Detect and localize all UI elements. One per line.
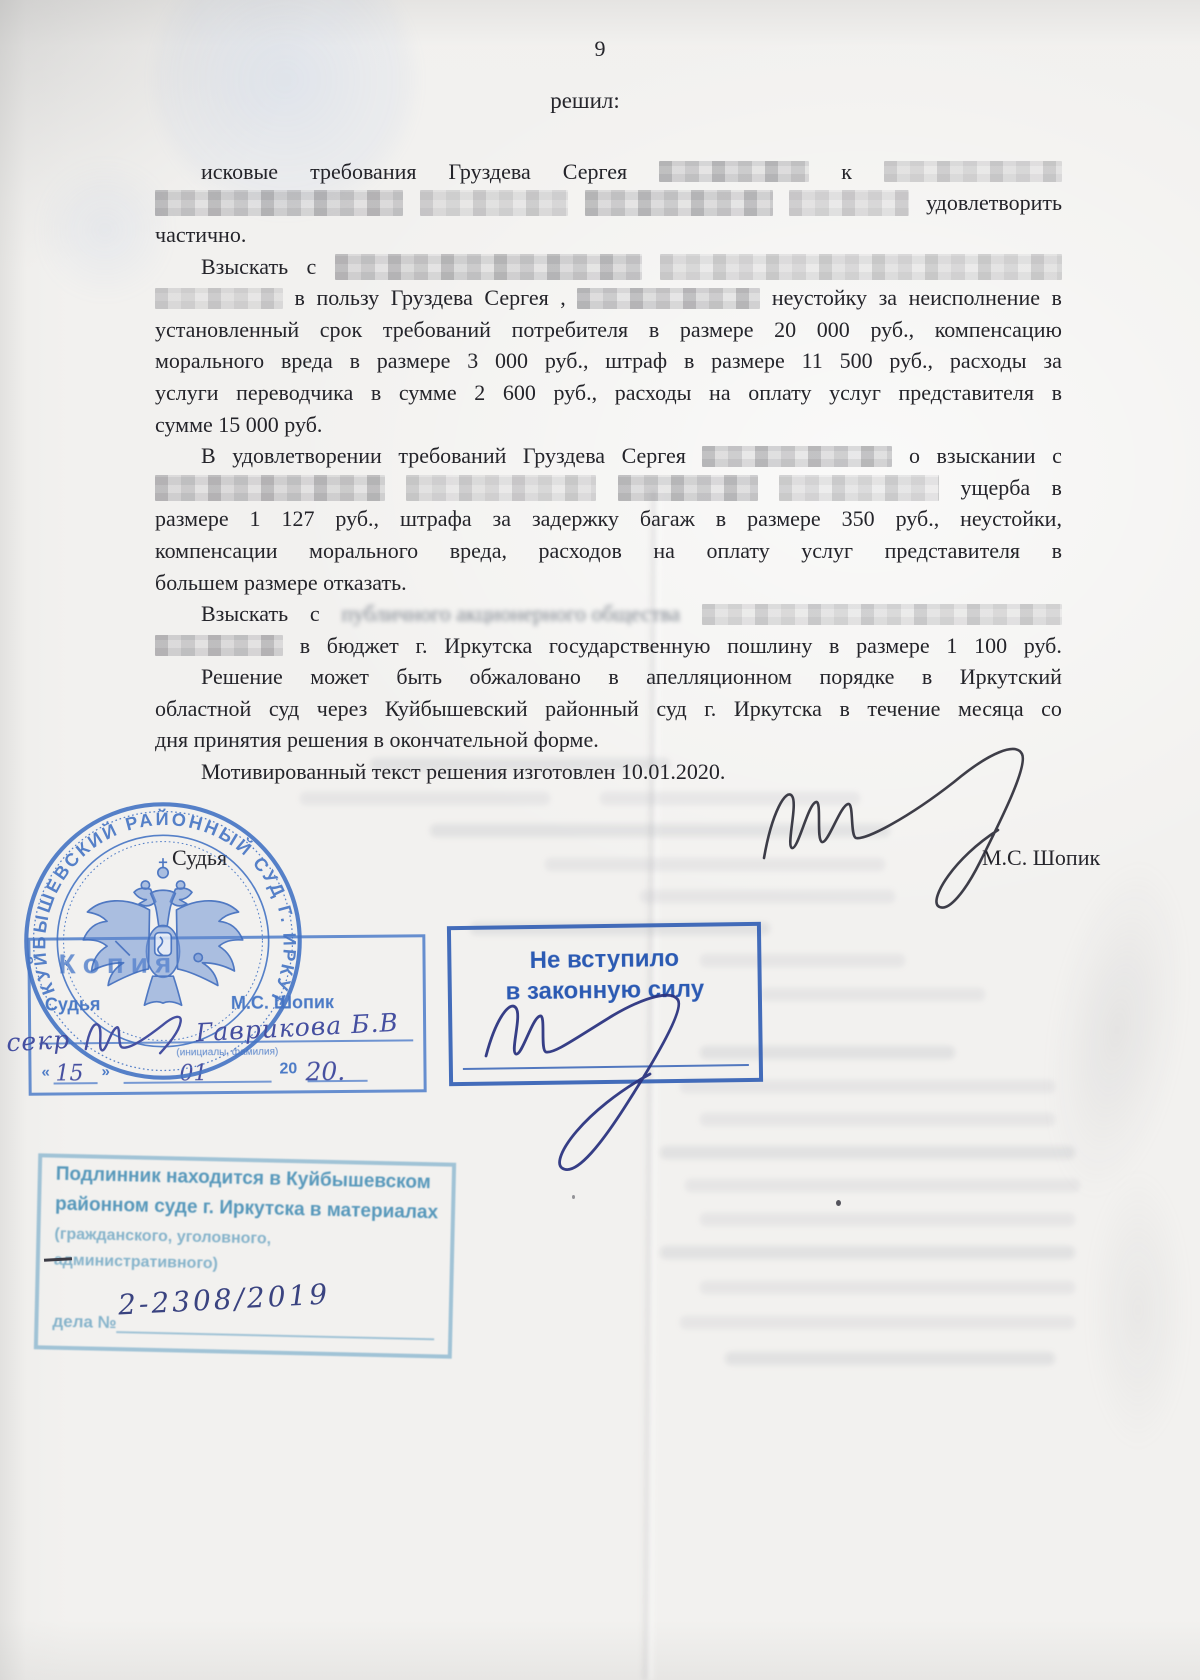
decision-heading: решил: <box>0 88 1170 114</box>
text-fragment: в <box>829 633 839 659</box>
text-fragment: размере <box>680 317 754 343</box>
text-fragment: оплату <box>748 380 811 406</box>
text-fragment: руб., <box>553 380 597 406</box>
bleedthrough-line <box>725 1352 1055 1365</box>
text-fragment: суд <box>656 696 686 722</box>
text-fragment: 000 <box>495 348 528 374</box>
text-fragment: в <box>608 664 618 690</box>
text-fragment: дня принятия решения в окончательной фор… <box>155 727 599 753</box>
original-location-stamp: Подлинник находится в Куйбышевском район… <box>34 1153 456 1358</box>
text-fragment: переводчика <box>236 380 353 406</box>
redacted-text <box>406 475 596 501</box>
text-fragment: с <box>306 254 316 280</box>
text-fragment: 350 <box>842 506 875 532</box>
text-fragment: в <box>684 348 694 374</box>
text-fragment: в <box>1052 475 1062 501</box>
text-fragment: на <box>653 538 675 564</box>
bleedthrough-line <box>300 792 550 805</box>
text-fragment: багаж <box>640 506 695 532</box>
text-line: сумме 15 000 руб. <box>155 409 1062 441</box>
text-fragment: 127 <box>281 506 314 532</box>
text-fragment: 1 <box>946 633 957 659</box>
text-fragment: сумме 15 000 руб. <box>155 412 322 438</box>
ink-fleck <box>836 1200 841 1206</box>
text-fragment: руб., <box>870 317 914 343</box>
text-fragment: Сергея <box>484 285 548 311</box>
text-fragment: к <box>841 159 852 185</box>
redacted-text <box>585 190 773 216</box>
text-fragment: размере <box>711 348 785 374</box>
text-line: вбюджетг.Иркутскагосударственнуюпошлинув… <box>155 630 1062 662</box>
text-fragment: требований <box>398 443 506 469</box>
bleedthrough-line <box>660 1246 1075 1259</box>
text-fragment: морального <box>155 348 264 374</box>
text-fragment: Взыскать <box>201 601 288 627</box>
redacted-text <box>884 161 1062 182</box>
text-fragment: удовлетворении <box>232 443 382 469</box>
text-fragment: 20 <box>774 317 796 343</box>
text-fragment: течение <box>867 696 940 722</box>
text-fragment: бюджет <box>327 633 399 659</box>
text-line: услугипереводчикавсумме2600руб.,расходын… <box>155 377 1062 409</box>
handwritten-year: 20. <box>305 1057 345 1086</box>
text-fragment: в <box>839 696 849 722</box>
text-fragment: на <box>709 380 731 406</box>
redacted-text <box>779 475 939 501</box>
text-line: Взыскатьспубличного акционерного обществ… <box>155 598 1062 630</box>
text-fragment: 1 <box>250 506 261 532</box>
text-fragment: удовлетворить <box>926 190 1062 216</box>
bleedthrough-line <box>700 1113 1055 1126</box>
text-fragment: за <box>493 506 511 532</box>
text-fragment: размере <box>377 348 451 374</box>
text-fragment: расходы <box>615 380 692 406</box>
text-fragment: неустойки, <box>960 506 1062 532</box>
secretary-name: Гаврикова Б.В <box>195 1008 399 1048</box>
text-fragment: размере <box>747 506 821 532</box>
redacted-text <box>155 635 283 656</box>
text-fragment: 000 <box>817 317 850 343</box>
text-fragment: в <box>1052 538 1062 564</box>
text-fragment: г. <box>704 696 716 722</box>
text-fragment: 600 <box>503 380 536 406</box>
text-fragment: услуги <box>155 380 219 406</box>
redacted-text <box>335 254 642 280</box>
text-fragment: 100 <box>974 633 1007 659</box>
redacted-text <box>577 288 760 309</box>
text-fragment: частично. <box>155 222 246 248</box>
text-fragment: 2 <box>474 380 485 406</box>
text-fragment: услуг <box>801 538 853 564</box>
text-fragment: в <box>649 317 659 343</box>
text-line: областнойсудчерезКуйбышевскийрайонныйсуд… <box>155 693 1062 725</box>
text-fragment: за <box>879 285 897 311</box>
text-line: ВудовлетворениитребованийГруздеваСергеяо… <box>155 440 1062 472</box>
text-fragment: в <box>371 380 381 406</box>
text-fragment: руб., <box>896 506 940 532</box>
text-fragment: руб., <box>889 348 933 374</box>
text-fragment: вреда <box>281 348 333 374</box>
text-fragment: большем размере отказать. <box>155 570 407 596</box>
redacted-text <box>618 475 758 501</box>
text-fragment: может <box>310 664 369 690</box>
redacted-text <box>702 446 892 467</box>
text-fragment: представителя <box>898 380 1034 406</box>
text-fragment: морального <box>309 538 418 564</box>
text-fragment: пошлину <box>727 633 812 659</box>
text-fragment: услуг <box>829 380 881 406</box>
text-line: установленныйсроктребованийпотребителявр… <box>155 314 1062 346</box>
text-fragment: 500 <box>840 348 873 374</box>
text-fragment: исковые <box>201 159 278 185</box>
text-fragment: размере <box>856 633 930 659</box>
text-fragment: в <box>1052 285 1062 311</box>
text-fragment: расходов <box>539 538 622 564</box>
text-fragment: Иркутска <box>444 633 532 659</box>
text-fragment: Сергея <box>622 443 686 469</box>
text-fragment: в <box>300 633 310 659</box>
text-fragment: пользу <box>316 285 379 311</box>
text-fragment: Груздева <box>449 159 531 185</box>
text-fragment: вреда, <box>450 538 507 564</box>
text-fragment: взыскании <box>937 443 1036 469</box>
text-fragment: штраф <box>605 348 667 374</box>
text-fragment: В <box>201 443 216 469</box>
judge-signature <box>750 730 1090 930</box>
not-in-force-line1: Не вступило <box>451 942 757 977</box>
text-line: ущербав <box>155 472 1062 504</box>
text-fragment: требования <box>310 159 416 185</box>
original-stamp-line1: Подлинник находится в Куйбышевском <box>56 1162 440 1197</box>
redacted-text <box>155 475 385 501</box>
text-fragment: о <box>909 443 920 469</box>
redacted-text <box>659 161 809 182</box>
text-line: впользуГруздеваСергея,неустойкузанеиспол… <box>155 282 1062 314</box>
text-fragment: компенсацию <box>935 317 1062 343</box>
text-line: размере1127руб.,штрафазазадержкубагажвра… <box>155 504 1062 536</box>
text-fragment: быть <box>396 664 442 690</box>
text-fragment: руб., <box>335 506 379 532</box>
text-fragment: представителя <box>885 538 1021 564</box>
text-fragment: потребителя <box>512 317 629 343</box>
redacted-text <box>420 190 568 216</box>
text-fragment: в <box>350 348 360 374</box>
text-fragment: через <box>317 696 368 722</box>
text-fragment: в <box>295 285 305 311</box>
bleedthrough-line <box>760 988 985 1001</box>
text-fragment: 11 <box>802 348 823 374</box>
text-fragment: Иркутский <box>960 664 1062 690</box>
text-fragment: компенсации <box>155 538 278 564</box>
text-fragment: расходы <box>950 348 1027 374</box>
text-fragment: руб., <box>545 348 589 374</box>
bleedthrough-line <box>700 1213 1075 1226</box>
text-fragment: порядке <box>819 664 894 690</box>
text-fragment: обжаловано <box>469 664 580 690</box>
double-headed-eagle <box>83 858 243 1005</box>
text-fragment: г. <box>415 633 427 659</box>
text-fragment: задержку <box>532 506 619 532</box>
text-fragment: установленный <box>155 317 299 343</box>
text-line: большем размере отказать. <box>155 567 1062 599</box>
text-fragment: за <box>1043 348 1061 374</box>
text-fragment: Иркутска <box>734 696 822 722</box>
paper-smudge <box>40 150 170 310</box>
text-fragment: месяца <box>958 696 1024 722</box>
text-fragment: сумме <box>399 380 457 406</box>
text-line: компенсацииморальноговреда,расходовнаопл… <box>155 535 1062 567</box>
case-number-line <box>116 1331 434 1340</box>
text-fragment: Мотивированный текст решения изготовлен … <box>201 759 725 785</box>
stamp-ink-signature <box>470 978 750 1208</box>
text-line: Решениеможетбытьобжаловановапелляционном… <box>155 662 1062 694</box>
text-fragment: со <box>1041 696 1062 722</box>
secretary-signature <box>78 1010 188 1060</box>
text-fragment: с <box>1052 443 1062 469</box>
text-fragment: государственную <box>549 633 710 659</box>
text-fragment: неустойку <box>772 285 867 311</box>
text-fragment: требований <box>383 317 491 343</box>
text-line: Взыскатьс <box>155 251 1062 283</box>
text-line: исковыетребованияГруздеваСергеяк <box>155 156 1062 188</box>
scanned-page: 9 решил: исковыетребованияГруздеваСергея… <box>0 0 1200 1680</box>
text-fragment: штрафа <box>400 506 472 532</box>
text-line: моральноговредавразмере3000руб.,штрафвра… <box>155 346 1062 378</box>
original-stamp-line2: районном суде г. Иркутска в материалах <box>55 1192 439 1227</box>
text-fragment: апелляционном <box>646 664 792 690</box>
text-fragment: Взыскать <box>201 254 288 280</box>
text-fragment: суд <box>269 696 299 722</box>
case-number-label: дела № <box>52 1312 117 1333</box>
text-line: удовлетворить <box>155 188 1062 220</box>
redacted-text <box>789 190 909 216</box>
paper-wrinkle <box>1088 1170 1188 1450</box>
decision-body-text: исковыетребованияГруздеваСергеякудовлетв… <box>155 156 1062 788</box>
redacted-text <box>702 604 1062 625</box>
text-fragment: неисполнение <box>909 285 1040 311</box>
text-fragment: Куйбышевский <box>385 696 528 722</box>
text-fragment: Решение <box>201 664 283 690</box>
original-stamp-line3: (гражданского, уголовного, административ… <box>54 1222 439 1283</box>
text-line: частично. <box>155 219 1062 251</box>
text-fragment: с <box>310 601 320 627</box>
redacted-text <box>155 190 403 216</box>
text-fragment: Груздева <box>391 285 473 311</box>
redacted-text <box>155 288 283 309</box>
text-fragment: оплату <box>706 538 769 564</box>
secretary-prefix: секр <box>6 1025 71 1057</box>
text-fragment: Груздева <box>523 443 605 469</box>
text-fragment: в <box>716 506 726 532</box>
text-fragment: , <box>560 285 566 311</box>
text-fragment: размере <box>155 506 229 532</box>
blurred-text: публичного акционерного общества <box>342 601 681 627</box>
text-fragment: руб. <box>1024 633 1062 659</box>
text-fragment: ущерба <box>961 475 1031 501</box>
text-fragment: 3 <box>467 348 478 374</box>
bleedthrough-line <box>700 1281 1075 1294</box>
text-fragment: срок <box>320 317 362 343</box>
text-fragment: Сергея <box>563 159 627 185</box>
text-fragment: в <box>1052 380 1062 406</box>
text-fragment: районный <box>545 696 639 722</box>
bleedthrough-line <box>680 1316 1075 1329</box>
text-fragment: областной <box>155 696 251 722</box>
redacted-text <box>660 254 1062 280</box>
page-number: 9 <box>0 36 1200 62</box>
text-fragment: в <box>922 664 932 690</box>
